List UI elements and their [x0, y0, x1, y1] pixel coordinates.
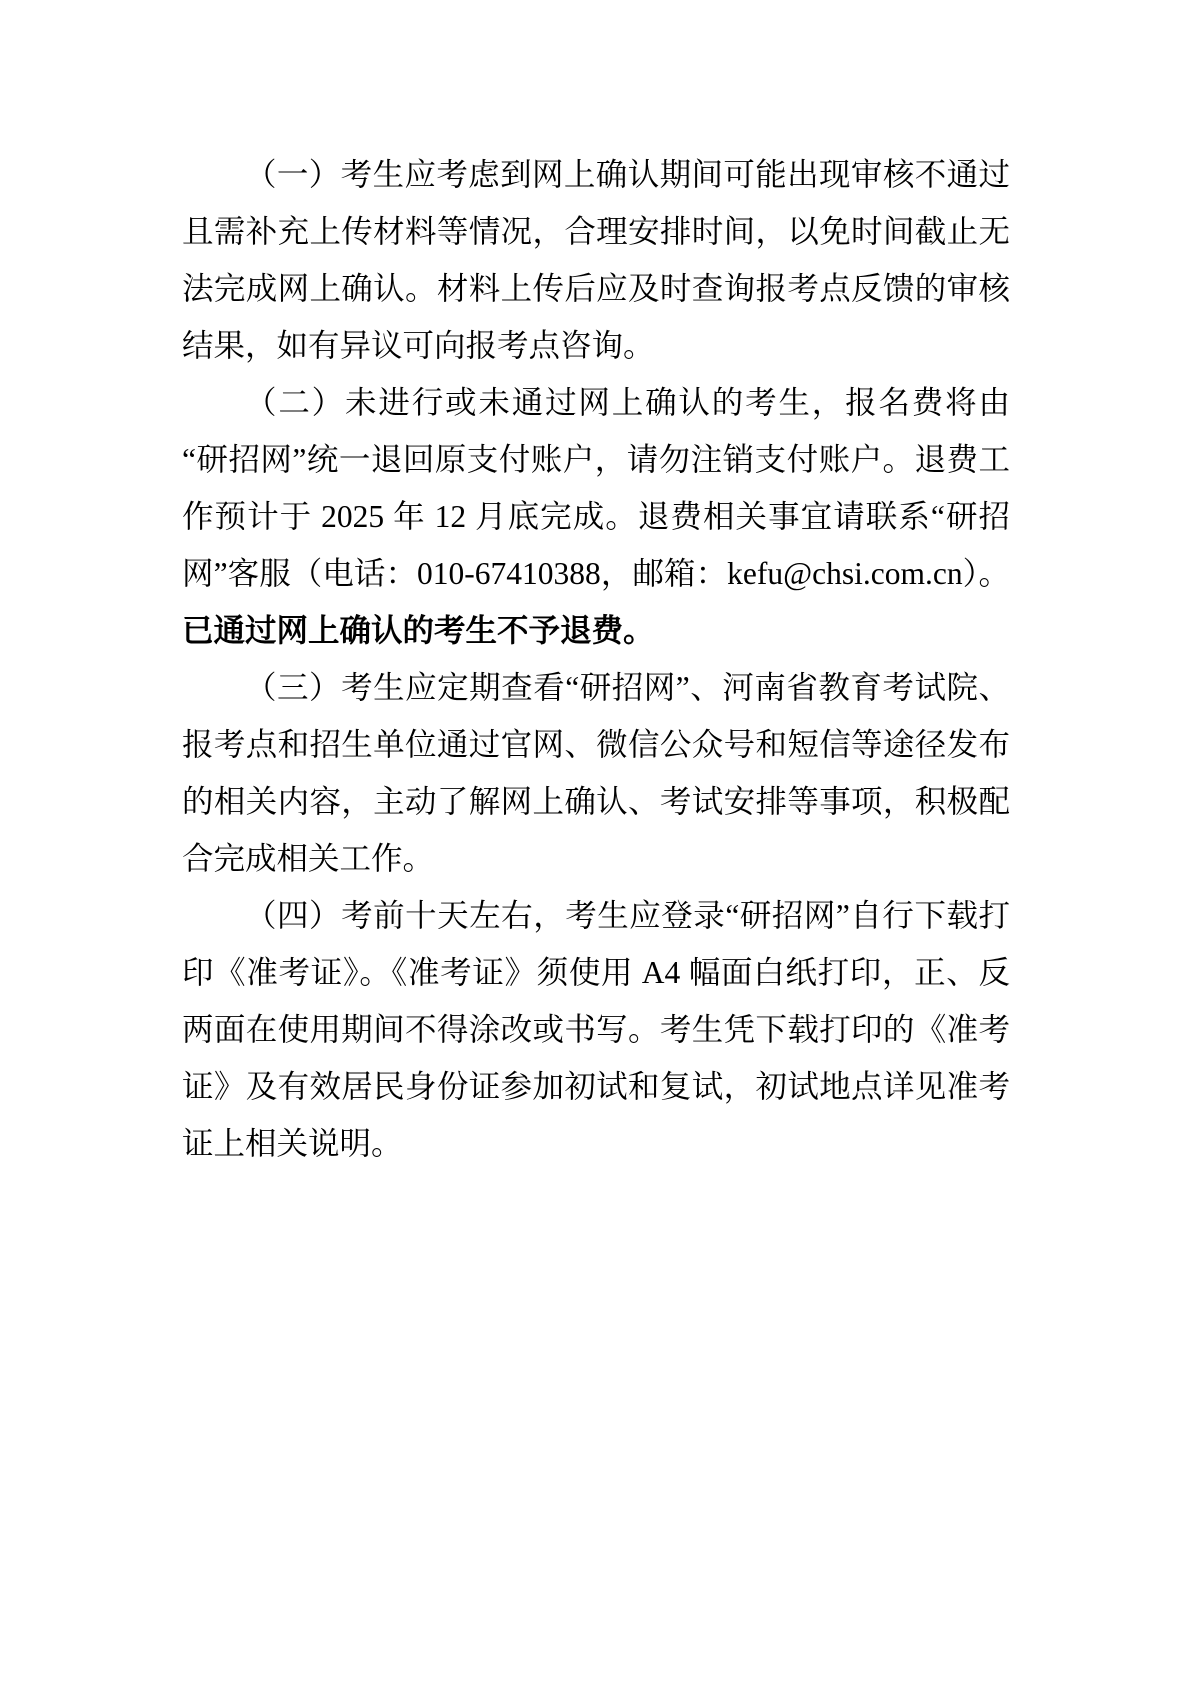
- paragraph-2-text: （二）未进行或未通过网上确认的考生，报名费将由“研招网”统一退回原支付账户，请勿…: [182, 385, 1010, 591]
- paragraph-3-text: （三）考生应定期查看“研招网”、河南省教育考试院、报考点和招生单位通过官网、微信…: [182, 670, 1010, 876]
- document-body: （一）考生应考虑到网上确认期间可能出现审核不通过且需补充上传材料等情况，合理安排…: [182, 146, 1010, 1172]
- paragraph-4: （四）考前十天左右，考生应登录“研招网”自行下载打印《准考证》。《准考证》须使用…: [182, 887, 1010, 1172]
- paragraph-4-text: （四）考前十天左右，考生应登录“研招网”自行下载打印《准考证》。《准考证》须使用…: [182, 898, 1010, 1161]
- document-page: （一）考生应考虑到网上确认期间可能出现审核不通过且需补充上传材料等情况，合理安排…: [0, 0, 1191, 1684]
- paragraph-3: （三）考生应定期查看“研招网”、河南省教育考试院、报考点和招生单位通过官网、微信…: [182, 659, 1010, 887]
- paragraph-1: （一）考生应考虑到网上确认期间可能出现审核不通过且需补充上传材料等情况，合理安排…: [182, 146, 1010, 374]
- paragraph-2: （二）未进行或未通过网上确认的考生，报名费将由“研招网”统一退回原支付账户，请勿…: [182, 374, 1010, 659]
- refund-bold-note: 已通过网上确认的考生不予退费。: [182, 613, 655, 648]
- paragraph-1-text: （一）考生应考虑到网上确认期间可能出现审核不通过且需补充上传材料等情况，合理安排…: [182, 157, 1010, 363]
